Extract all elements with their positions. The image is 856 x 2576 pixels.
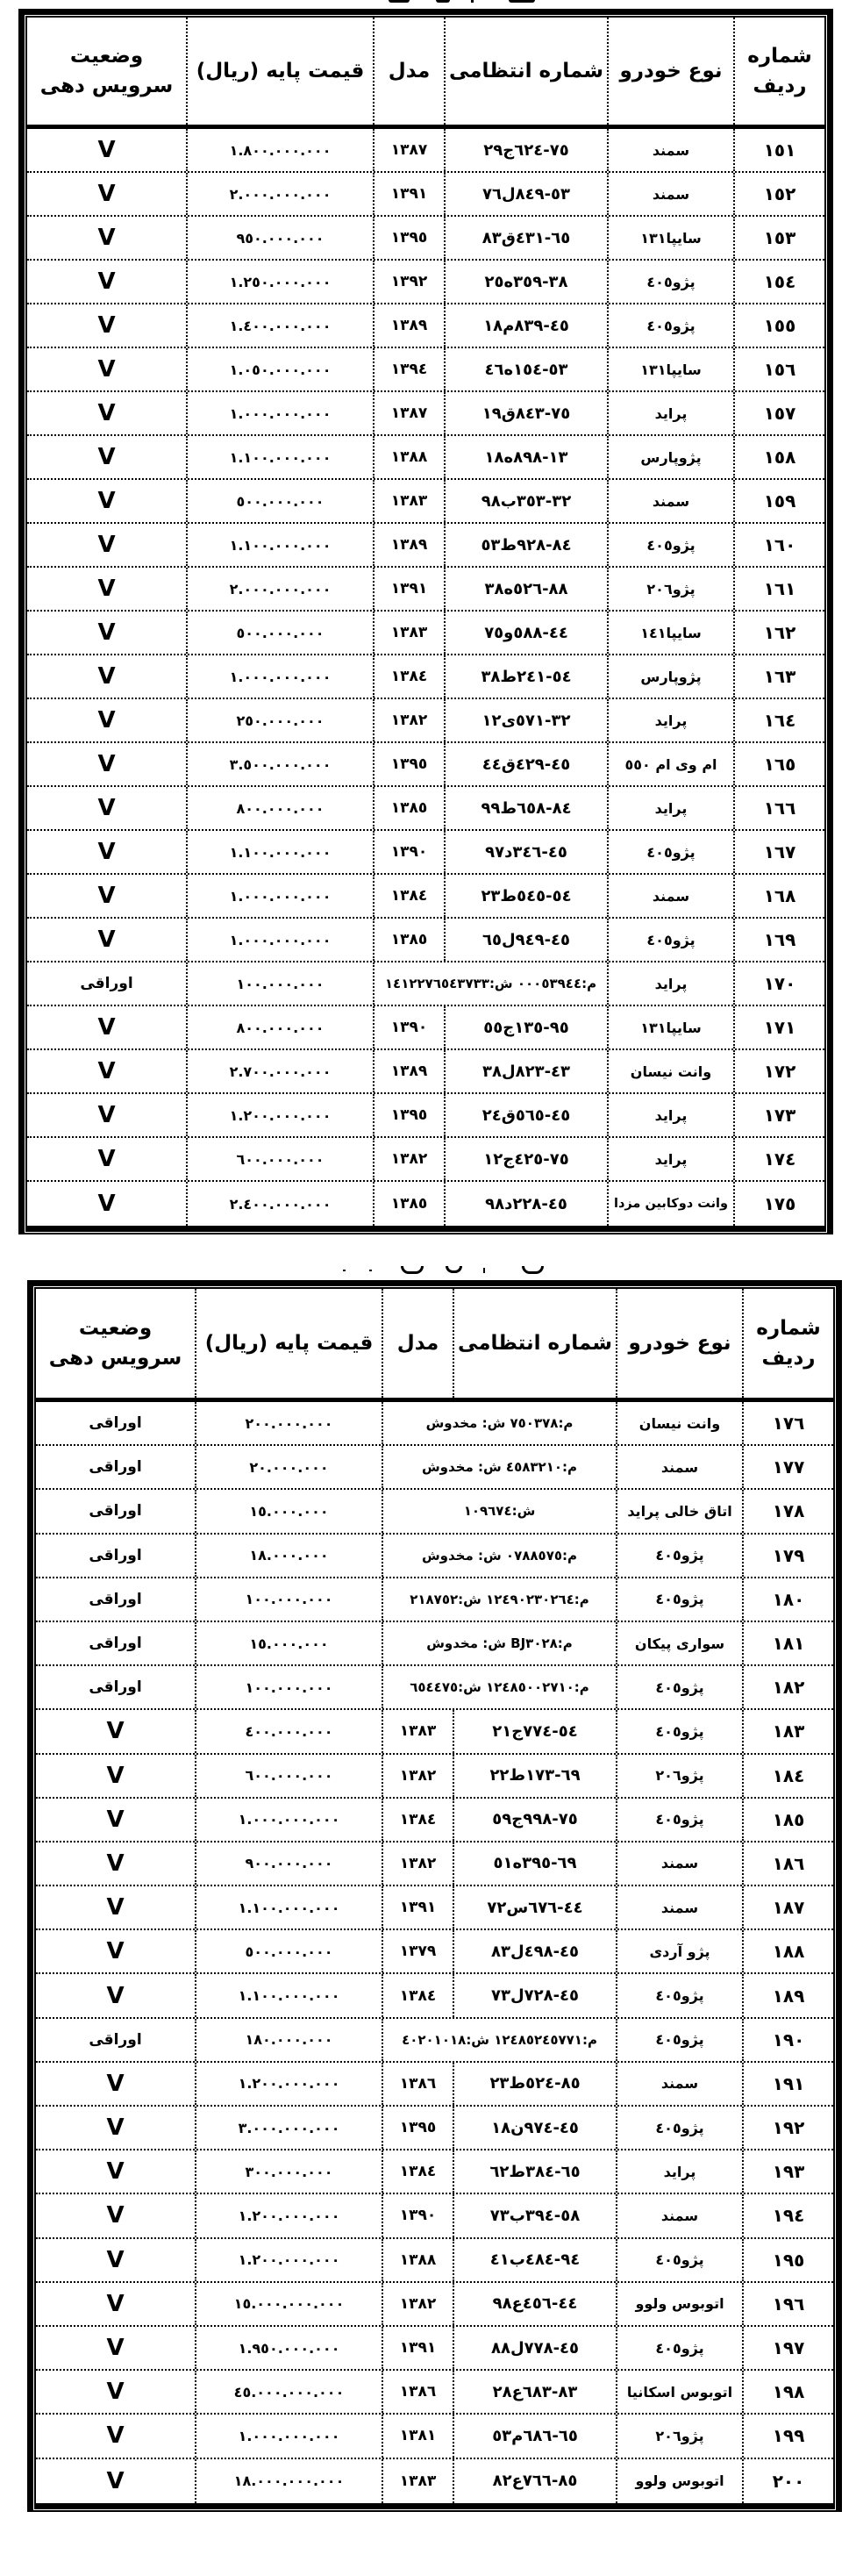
model-year-cell: ١٣٨٩ (373, 1050, 444, 1092)
vehicle-type: پژو٤٠٥ (655, 1547, 703, 1563)
table-row: ١٦٧ پژو٤٠٥ ٤٥-٣٤٦د٩٧ ١٣٩٠ ١.١٠٠.٠٠٠.٠٠٠ … (27, 831, 824, 875)
check-mark-icon: V (97, 488, 115, 514)
service-status-cell: V (27, 129, 186, 171)
plate-number-cell: ٧٥-٩٩٨ج٥٩ (453, 1799, 616, 1841)
table-row: ١٩٦ اتوبوس ولوو ٤٤-٤٥٦ع٩٨ ١٣٨٢ ١٥.٠٠٠.٠٠… (36, 2283, 833, 2327)
service-status-cell: V (27, 787, 186, 829)
base-price-cell: ١.٠٠٠.٠٠٠.٠٠٠ (186, 655, 373, 698)
vehicle-type: پژو٤٠٥ (655, 1591, 703, 1607)
model-year-cell: ١٣٨٢ (373, 699, 444, 741)
service-status-cell: V (36, 2063, 195, 2105)
table-row: ١٧٠ پراید م:٠٠٠٥٣٩٤٤ ش:١٤١٢٢٧٦٥٤٣٧٣٣ ١٠٠… (27, 962, 824, 1006)
table-row: ١٩٤ سمند ٥٨-٣٩٤ب٧٣ ١٣٩٠ ١.٢٠٠.٠٠٠.٠٠٠ V (36, 2194, 833, 2238)
plate-number-cell: ٤٤-٥٨٨و٧٥ (444, 612, 607, 654)
plate-number: ٧٥-٨٤٣ق١٩ (482, 404, 571, 423)
vehicle-type: پژوپارس (640, 669, 701, 685)
check-mark-icon: V (97, 576, 115, 602)
table-row: ١٦٦ پراید ٨٤-٦٥٨ط٩٩ ١٣٨٥ ٨٠٠.٠٠٠.٠٠٠ V (27, 787, 824, 831)
vehicle-type: پژو٤٠٥ (655, 2031, 703, 2048)
engine-chassis-number: م:٠٧٨٨٥٧٥ ش: مخدوش (422, 1548, 577, 1563)
plate-number: ٤٥-٤٩٨ل٨٣ (491, 1943, 579, 1961)
base-price-cell: ١.١٠٠.٠٠٠.٠٠٠ (195, 1886, 382, 1928)
base-price-cell: ١.٢٠٠.٠٠٠.٠٠٠ (195, 2239, 382, 2281)
model-year: ١٣٩١ (400, 2339, 437, 2357)
service-status-cell: V (27, 1050, 186, 1092)
plate-number-cell: ٤٥-٩٧٤ن١٨ (453, 2107, 616, 2149)
row-number: ١٩٩ (773, 2425, 805, 2446)
base-price-cell: ٤٠٠.٠٠٠.٠٠٠ (195, 1710, 382, 1752)
base-price-cell: ١.٢٠٠.٠٠٠.٠٠٠ (195, 2194, 382, 2236)
row-number: ١٥٢ (764, 183, 796, 204)
vehicle-type: پراید (655, 800, 688, 817)
vehicle-type: پژو٤٠٥ (646, 537, 695, 554)
model-year-cell: ١٣٨٧ (373, 392, 444, 434)
plate-number: ٨٨-٥٢٦ه٣٨ (484, 580, 567, 598)
glyph-fragment (369, 1270, 372, 1271)
vehicle-table-1: شماره ردیف نوع خودرو شماره انتظامی مدل ق… (18, 9, 833, 1234)
service-status-label: اوراقی (89, 1635, 141, 1652)
plate-number-cell: ٧٥-٤٢٥ج١٢ (444, 1138, 607, 1180)
vehicle-type: پژو٤٠٥ (646, 932, 695, 948)
vehicle-type-cell: پژوپارس (607, 655, 733, 698)
header-cell-plate-number: شماره انتظامی (453, 1289, 616, 1398)
model-year: ١٣٩١ (391, 580, 428, 597)
model-year-cell: ١٣٨٣ (373, 480, 444, 522)
model-year: ١٣٨٤ (391, 887, 428, 905)
model-year: ١٣٩٥ (391, 1106, 428, 1124)
check-mark-icon: V (97, 1014, 115, 1041)
model-year-cell: ١٣٨٣ (382, 2459, 453, 2503)
vehicle-type: سایپا١٣١ (640, 1020, 702, 1036)
base-price-cell: ١.٤٠٠.٠٠٠.٠٠٠ (186, 304, 373, 347)
service-status-cell: V (27, 173, 186, 215)
plate-number-cell: ٨٣-٦٨٣ع٢٨ (453, 2371, 616, 2413)
service-status-label: اوراقی (80, 975, 132, 992)
table-rows: ١٥١ سمند ٧٥-٦٢٤ج٢٩ ١٣٨٧ ١.٨٠٠.٠٠٠.٠٠٠ V … (27, 129, 824, 1226)
header-label: قیمت پایه (ریال) (205, 1328, 374, 1359)
model-year-cell: ١٣٨٢ (382, 1843, 453, 1885)
vehicle-type-cell: سمند (607, 875, 733, 917)
plate-number-cell: ٦٩-١٧٣ط٢٢ (453, 1755, 616, 1797)
base-price: ٥٠٠.٠٠٠.٠٠٠ (236, 493, 324, 510)
service-status-cell: V (27, 612, 186, 654)
base-price: ١٥.٠٠٠.٠٠٠.٠٠٠ (234, 2295, 345, 2312)
row-number: ١٦٦ (764, 798, 796, 819)
vehicle-type: سمند (653, 888, 689, 905)
base-price-cell: ١٥.٠٠٠.٠٠٠.٠٠٠ (195, 2283, 382, 2325)
vehicle-type-cell: پژو٤٠٥ (607, 304, 733, 347)
table-row: ١٨٢ پژو٤٠٥ م:١٢٤٨٥٠٠٢٧١٠ ش:٦٥٤٤٧٥ ١٠٠.٠٠… (36, 1666, 833, 1710)
row-number-cell: ١٨٧ (742, 1886, 833, 1928)
check-mark-icon: V (97, 839, 115, 865)
plate-number-cell: ٩٥-١٣٥ج٥٥ (444, 1006, 607, 1048)
base-price-cell: ١٨٠.٠٠٠.٠٠٠ (195, 2019, 382, 2061)
service-status-cell: V (36, 1974, 195, 2016)
service-status-cell: اوراقی (36, 2019, 195, 2061)
vehicle-type: پراید (655, 1107, 688, 1124)
check-mark-icon: V (97, 1191, 115, 1217)
plate-number: ٤٥-٩٤٩ل٦٥ (482, 931, 570, 949)
vehicle-type-cell: پراید (607, 1138, 733, 1180)
table-row: ١٨١ سواری پیکان م:BJ٣٠٢٨ ش: مخدوش ١٥.٠٠٠… (36, 1622, 833, 1666)
model-year: ١٣٨٣ (391, 492, 428, 510)
model-year-cell: ١٣٨٨ (373, 436, 444, 478)
row-number-cell: ١٧٥ (733, 1182, 824, 1226)
base-price-cell: ١.٨٠٠.٠٠٠.٠٠٠ (186, 129, 373, 171)
vehicle-type: پژو٤٠٥ (655, 2120, 703, 2136)
base-price-cell: ٣٠٠.٠٠٠.٠٠٠ (195, 2150, 382, 2193)
service-status-cell: اوراقی (36, 1666, 195, 1708)
plate-number-cell: ٤٥-٥٦٥ق٢٤ (444, 1094, 607, 1136)
table-row: ١٦١ پژو٢٠٦ ٨٨-٥٢٦ه٣٨ ١٣٩١ ٢.٠٠٠.٠٠٠.٠٠٠ … (27, 568, 824, 612)
model-year-cell: ١٣٨٩ (373, 524, 444, 566)
header-label: شماره انتظامی (449, 56, 603, 87)
vehicle-type: پژو٢٠٦ (655, 1767, 703, 1784)
model-year-cell: ١٣٨٤ (373, 875, 444, 917)
table-row: ١٧٥ وانت دوکابین مزدا ٤٥-٢٢٨د٩٨ ١٣٨٥ ٢.٤… (27, 1182, 824, 1226)
plate-number-cell: ٤٥-٣٤٦د٩٧ (444, 831, 607, 873)
vehicle-type: وانت دوکابین مزدا (614, 1197, 728, 1211)
check-mark-icon: V (97, 707, 115, 733)
vehicle-type-cell: پراید (607, 1094, 733, 1136)
table-row: ١٩٨ اتوبوس اسکانیا ٨٣-٦٨٣ع٢٨ ١٣٨٦ ٤٥.٠٠٠… (36, 2371, 833, 2415)
service-status-cell: اوراقی (36, 1578, 195, 1621)
row-number-cell: ١٥٢ (733, 173, 824, 215)
service-status-cell: اوراقی (27, 962, 186, 1005)
table-row: ١٩٢ پژو٤٠٥ ٤٥-٩٧٤ن١٨ ١٣٩٥ ٣.٠٠٠.٠٠٠.٠٠٠ … (36, 2107, 833, 2150)
model-year-cell: ١٣٨٥ (373, 919, 444, 961)
plate-number: ٣٢-٣٥٣ب٩٨ (481, 492, 572, 511)
plate-number-cell: ٧٥-٦٢٤ج٢٩ (444, 129, 607, 171)
model-year-cell: ١٣٧٩ (382, 1930, 453, 1972)
table-row: ٢٠٠ اتوبوس ولوو ٨٥-٧٦٦ع٨٢ ١٣٨٣ ١٨.٠٠٠.٠٠… (36, 2459, 833, 2503)
table-row: ١٨٨ پژو آردی ٤٥-٤٩٨ل٨٣ ١٣٧٩ ٥٠٠.٠٠٠.٠٠٠ … (36, 1930, 833, 1974)
plate-number: ٤٤-٦٧٦س٧٢ (487, 1899, 582, 1917)
check-mark-icon: V (97, 268, 115, 295)
row-number-cell: ١٦٦ (733, 787, 824, 829)
service-status-cell: اوراقی (36, 1622, 195, 1664)
base-price-cell: ١.٠٠٠.٠٠٠.٠٠٠ (186, 919, 373, 961)
check-mark-icon: V (97, 751, 115, 777)
engine-chassis-cell: م:٠٠٠٥٣٩٤٤ ش:١٤١٢٢٧٦٥٤٣٧٣٣ (373, 962, 607, 1005)
service-status-cell: V (27, 217, 186, 259)
plate-number-cell: ٣٢-٣٥٣ب٩٨ (444, 480, 607, 522)
row-number: ١٥٧ (764, 403, 796, 424)
vehicle-type: پژو٤٠٥ (655, 2251, 703, 2268)
vehicle-type: پژو٤٠٥ (646, 318, 695, 334)
check-mark-icon: V (97, 883, 115, 909)
table-row: ١٨٠ پژو٤٠٥ م:١٢٤٩٠٢٣٠٢٦٤ ش:٢١٨٧٥٢ ١٠٠.٠٠… (36, 1578, 833, 1622)
row-number-cell: ١٩٧ (742, 2327, 833, 2369)
check-mark-icon: V (97, 137, 115, 163)
check-mark-icon: V (106, 1894, 124, 1921)
vehicle-type: اتاق خالی پراید (627, 1503, 731, 1520)
vehicle-type-cell: پژو٤٠٥ (616, 2107, 742, 2149)
row-number-cell: ١٥١ (733, 129, 824, 171)
row-number: ١٨٣ (773, 1721, 805, 1742)
service-status-cell: V (36, 1930, 195, 1972)
engine-chassis-cell: م:١٢٤٩٠٢٣٠٢٦٤ ش:٢١٨٧٥٢ (382, 1578, 616, 1621)
service-status-label: اوراقی (89, 1547, 141, 1564)
table-row: ١٥٤ پژو٤٠٥ ٣٨-٣٥٩ه٢٥ ١٣٩٢ ١.٢٥٠.٠٠٠.٠٠٠ … (27, 261, 824, 304)
row-number-cell: ١٥٨ (733, 436, 824, 478)
base-price-cell: ١٠٠.٠٠٠.٠٠٠ (195, 1666, 382, 1708)
vehicle-type: پراید (655, 712, 688, 729)
base-price: ٤٠٠.٠٠٠.٠٠٠ (245, 1723, 332, 1740)
vehicle-type-cell: سایپا١٤١ (607, 612, 733, 654)
service-status-cell: V (27, 743, 186, 785)
model-year-cell: ١٣٩٤ (373, 348, 444, 390)
base-price: ١٠٠.٠٠٠.٠٠٠ (236, 976, 324, 992)
base-price: ٦٠٠.٠٠٠.٠٠٠ (245, 1767, 332, 1784)
vehicle-type-cell: پژو٤٠٥ (616, 1578, 742, 1621)
row-number-cell: ١٦٥ (733, 743, 824, 785)
table-row: ١٨٥ پژو٤٠٥ ٧٥-٩٩٨ج٥٩ ١٣٨٤ ١.٠٠٠.٠٠٠.٠٠٠ … (36, 1799, 833, 1843)
model-year-cell: ١٣٩١ (373, 173, 444, 215)
model-year-cell: ١٣٨٥ (373, 1182, 444, 1226)
row-number-cell: ١٩٣ (742, 2150, 833, 2193)
base-price: ١٨.٠٠٠.٠٠٠ (249, 1547, 328, 1563)
base-price-cell: ١٥.٠٠٠.٠٠٠ (195, 1622, 382, 1664)
service-status-cell: V (27, 875, 186, 917)
row-number-cell: ٢٠٠ (742, 2459, 833, 2503)
engine-chassis-cell: م:١٢٤٨٥٠٠٢٧١٠ ش:٦٥٤٤٧٥ (382, 1666, 616, 1708)
plate-number: ٧٥-٦٢٤ج٢٩ (483, 141, 568, 160)
model-year: ١٣٩٥ (391, 755, 428, 773)
row-number-cell: ١٨٨ (742, 1930, 833, 1972)
plate-number: ٨٤-٩٢٨ط٥٣ (481, 536, 571, 555)
base-price-cell: ٦٠٠.٠٠٠.٠٠٠ (186, 1138, 373, 1180)
plate-number-cell: ٥٣-١٥٤ه٤٦ (444, 348, 607, 390)
base-price-cell: ٢.٤٠٠.٠٠٠.٠٠٠ (186, 1182, 373, 1226)
row-number: ١٩٢ (773, 2117, 805, 2138)
check-mark-icon: V (106, 2114, 124, 2141)
header-cell-model: مدل (373, 18, 444, 125)
base-price-cell: ٥٠٠.٠٠٠.٠٠٠ (186, 612, 373, 654)
vehicle-type: سمند (661, 1855, 698, 1871)
vehicle-type-cell: سایپا١٣١ (607, 217, 733, 259)
row-number: ١٨٨ (773, 1941, 805, 1962)
plate-number: ٩٤-٤٨٤ب٤١ (490, 2250, 581, 2269)
service-status-cell: V (27, 1094, 186, 1136)
check-mark-icon: V (97, 312, 115, 339)
plate-number-cell: ٥٨-٣٩٤ب٧٣ (453, 2194, 616, 2236)
check-mark-icon: V (106, 2158, 124, 2185)
base-price-cell: ١.٠٥٠.٠٠٠.٠٠٠ (186, 348, 373, 390)
model-year: ١٣٨٢ (400, 2295, 437, 2313)
row-number-cell: ١٧٤ (733, 1138, 824, 1180)
vehicle-type-cell: سمند (607, 480, 733, 522)
plate-number: ٦٥-٣٨٤ط٦٢ (489, 2163, 580, 2181)
vehicle-type-cell: پژو٤٠٥ (607, 261, 733, 303)
service-status-cell: V (36, 2283, 195, 2325)
engine-chassis-number: م:٤٥٨٣٢١٠ ش: مخدوش (422, 1459, 577, 1475)
model-year: ١٣٨٩ (391, 317, 428, 334)
vehicle-type-cell: وانت نیسان (607, 1050, 733, 1092)
base-price: ٣٠٠.٠٠٠.٠٠٠ (245, 2164, 332, 2180)
row-number-cell: ١٨٠ (742, 1578, 833, 1621)
table-rows: ١٧٦ وانت نیسان م:٧٥٠٣٧٨ ش: مخدوش ٢٠٠.٠٠٠… (36, 1402, 833, 2503)
row-number-cell: ١٦٨ (733, 875, 824, 917)
vehicle-type: سواری پیکان (635, 1635, 724, 1652)
plate-number-cell: ٩٤-٤٨٤ب٤١ (453, 2239, 616, 2281)
engine-chassis-number: م:١٢٤٨٥٠٠٢٧١٠ ش:٦٥٤٤٧٥ (410, 1679, 589, 1695)
row-number: ١٨٤ (773, 1765, 805, 1786)
vehicle-type-cell: پژو٤٠٥ (616, 1799, 742, 1841)
plate-number: ٦٥-٦٨٦م٥٣ (492, 2427, 578, 2445)
model-year-cell: ١٣٩٥ (382, 2107, 453, 2149)
base-price: ١٨.٠٠٠.٠٠٠.٠٠٠ (234, 2472, 345, 2489)
base-price: ١٥.٠٠٠.٠٠٠ (249, 1503, 328, 1520)
model-year-cell: ١٣٩٥ (373, 743, 444, 785)
plate-number: ٨٥-٥٢٤ط٢٣ (489, 2074, 580, 2093)
vehicle-type-cell: پراید (607, 699, 733, 741)
vehicle-type: سایپا١٤١ (640, 625, 702, 641)
row-number-cell: ١٦٢ (733, 612, 824, 654)
base-price-cell: ٨٠٠.٠٠٠.٠٠٠ (186, 787, 373, 829)
vehicle-type: سمند (653, 186, 689, 203)
model-year: ١٣٨٤ (400, 1811, 437, 1828)
row-number: ١٩٥ (773, 2250, 805, 2271)
header-cell-row-number: شماره ردیف (733, 18, 824, 125)
check-mark-icon: V (106, 2247, 124, 2273)
plate-number-cell: ٨٤-٩٢٨ط٥٣ (444, 524, 607, 566)
table-row: ١٩٣ پراید ٦٥-٣٨٤ط٦٢ ١٣٨٤ ٣٠٠.٠٠٠.٠٠٠ V (36, 2150, 833, 2194)
row-number: ١٦٥ (764, 754, 796, 775)
row-number: ١٦٩ (764, 929, 796, 950)
table-row: ١٩٩ پژو٢٠٦ ٦٥-٦٨٦م٥٣ ١٣٨١ ١.٠٠٠.٠٠٠.٠٠٠ … (36, 2415, 833, 2458)
table-row: ١٩١ سمند ٨٥-٥٢٤ط٢٣ ١٣٨٦ ١.٢٠٠.٠٠٠.٠٠٠ V (36, 2063, 833, 2107)
service-status-cell: V (27, 1182, 186, 1226)
check-mark-icon: V (106, 2202, 124, 2229)
header-label: وضعیت سرویس دهی (40, 41, 173, 102)
table-row: ١٥٦ سایپا١٣١ ٥٣-١٥٤ه٤٦ ١٣٩٤ ١.٠٥٠.٠٠٠.٠٠… (27, 348, 824, 392)
plate-number-cell: ٤٥-٤٩٨ل٨٣ (453, 1930, 616, 1972)
row-number-cell: ١٩٨ (742, 2371, 833, 2413)
model-year-cell: ١٣٨٤ (373, 655, 444, 698)
base-price: ١.١٠٠.٠٠٠.٠٠٠ (239, 1987, 340, 2004)
base-price: ٨٠٠.٠٠٠.٠٠٠ (236, 1020, 324, 1036)
model-year: ١٣٨٦ (400, 2075, 437, 2093)
row-number: ١٧٦ (773, 1413, 805, 1434)
base-price-cell: ٩٥٠.٠٠٠.٠٠٠ (186, 217, 373, 259)
model-year: ١٣٨٢ (391, 1150, 428, 1168)
header-cell-base-price: قیمت پایه (ریال) (195, 1289, 382, 1398)
check-mark-icon: V (97, 225, 115, 251)
row-number: ١٩١ (773, 2073, 805, 2094)
check-mark-icon: V (106, 2071, 124, 2097)
vehicle-type-cell: پراید (616, 2150, 742, 2193)
plate-number: ٨٤-٦٥٨ط٩٩ (481, 799, 571, 818)
service-status-cell: اوراقی (36, 1446, 195, 1488)
base-price-cell: ٥٠٠.٠٠٠.٠٠٠ (195, 1930, 382, 1972)
model-year-cell: ١٣٩٥ (373, 1094, 444, 1136)
glyph-fragment (436, 0, 450, 3)
plate-number: ٦٥-٤٣١ق٨٣ (482, 229, 571, 247)
vehicle-type-cell: پژو٤٠٥ (616, 2019, 742, 2061)
table-row: ١٦٥ ام وی ام ٥٥٠ ٤٥-٤٢٩ق٤٤ ١٣٩٥ ٣.٥٠٠.٠٠… (27, 743, 824, 787)
base-price-cell: ١٨.٠٠٠.٠٠٠ (195, 1535, 382, 1577)
model-year: ١٣٨٣ (400, 1722, 437, 1740)
base-price-cell: ٩٠٠.٠٠٠.٠٠٠ (195, 1843, 382, 1885)
header-label: مدل (397, 1328, 439, 1359)
base-price-cell: ٢.٠٠٠.٠٠٠.٠٠٠ (186, 173, 373, 215)
row-number: ١٩٤ (773, 2205, 805, 2226)
base-price: ١.٠٠٠.٠٠٠.٠٠٠ (230, 669, 332, 685)
check-mark-icon: V (106, 1850, 124, 1877)
base-price: ١٠٠.٠٠٠.٠٠٠ (245, 1679, 332, 1696)
vehicle-type-cell: پژوپارس (607, 436, 733, 478)
row-number: ١٧٠ (764, 973, 796, 994)
header-cell-plate-number: شماره انتظامی (444, 18, 607, 125)
vehicle-type-cell: پژو٤٠٥ (616, 1535, 742, 1577)
plate-number: ٧٥-٤٢٥ج١٢ (483, 1150, 568, 1169)
service-status-cell: V (36, 1843, 195, 1885)
model-year-cell: ١٣٨٥ (373, 787, 444, 829)
row-number: ١٥٦ (764, 359, 796, 380)
row-number: ١٧٩ (773, 1545, 805, 1566)
row-number: ١٦٢ (764, 622, 796, 643)
vehicle-type: ام وی ام ٥٥٠ (624, 756, 717, 773)
vehicle-type: پژو٢٠٦ (655, 2428, 703, 2444)
vehicle-type-cell: سمند (616, 2063, 742, 2105)
engine-chassis-cell: م:٧٥٠٣٧٨ ش: مخدوش (382, 1402, 616, 1444)
model-year: ١٣٩٠ (400, 2207, 437, 2224)
plate-number: ٤٥-٣٤٦د٩٧ (485, 843, 567, 862)
vehicle-type: پژو٢٠٦ (646, 581, 695, 597)
plate-number: ٦٩-١٧٣ط٢٢ (489, 1766, 580, 1785)
service-status-cell: V (27, 392, 186, 434)
model-year-cell: ١٣٨٤ (382, 1799, 453, 1841)
base-price-cell: ١.٢٠٠.٠٠٠.٠٠٠ (186, 1094, 373, 1136)
model-year-cell: ١٣٩١ (382, 1886, 453, 1928)
check-mark-icon: V (97, 532, 115, 558)
plate-number-cell: ٤٥-٩٤٩ل٦٥ (444, 919, 607, 961)
row-number: ١٧١ (764, 1017, 796, 1038)
base-price-cell: ٨٠٠.٠٠٠.٠٠٠ (186, 1006, 373, 1048)
table-row: ١٥٨ پژوپارس ١٣-٨٩٨ه١٨ ١٣٨٨ ١.١٠٠.٠٠٠.٠٠٠… (27, 436, 824, 480)
plate-number: ٨٣-٦٨٣ع٢٨ (493, 2383, 578, 2401)
plate-number: ٤٥-٧٧٨ل٨٨ (491, 2339, 579, 2358)
model-year-cell: ١٣٩٠ (382, 2194, 453, 2236)
vehicle-type: سمند (653, 493, 689, 510)
table-row: ١٦٠ پژو٤٠٥ ٨٤-٩٢٨ط٥٣ ١٣٨٩ ١.١٠٠.٠٠٠.٠٠٠ … (27, 524, 824, 568)
base-price-cell: ٤٥.٠٠٠.٠٠٠.٠٠٠ (195, 2371, 382, 2413)
plate-number-cell: ٨٥-٥٢٤ط٢٣ (453, 2063, 616, 2105)
base-price-cell: ٢٥٠.٠٠٠.٠٠٠ (186, 699, 373, 741)
service-status-cell: V (27, 480, 186, 522)
vehicle-type: پژو٤٠٥ (646, 274, 695, 290)
row-number-cell: ١٩٢ (742, 2107, 833, 2149)
base-price-cell: ٢.٠٠٠.٠٠٠.٠٠٠ (186, 568, 373, 610)
plate-number: ٥٣-١٥٤ه٤٦ (484, 361, 567, 379)
model-year-cell: ١٣٨٣ (373, 612, 444, 654)
table-header-row: شماره ردیف نوع خودرو شماره انتظامی مدل ق… (27, 18, 824, 129)
check-mark-icon: V (97, 400, 115, 426)
base-price: ٥٠٠.٠٠٠.٠٠٠ (245, 1943, 332, 1960)
row-number: ١٧٤ (764, 1148, 796, 1170)
model-year-cell: ١٣٨٢ (373, 1138, 444, 1180)
model-year-cell: ١٣٨٦ (382, 2371, 453, 2413)
base-price: ٨٠٠.٠٠٠.٠٠٠ (236, 800, 324, 817)
header-label: قیمت پایه (ریال) (196, 56, 365, 87)
vehicle-type: اتوبوس اسکانیا (627, 2384, 732, 2401)
row-number: ١٧٨ (773, 1500, 805, 1521)
base-price: ١.٠٥٠.٠٠٠.٠٠٠ (230, 361, 332, 378)
engine-chassis-cell: م:٤٥٨٣٢١٠ ش: مخدوش (382, 1446, 616, 1488)
base-price-cell: ١.٠٠٠.٠٠٠.٠٠٠ (186, 392, 373, 434)
row-number-cell: ١٨٤ (742, 1755, 833, 1797)
